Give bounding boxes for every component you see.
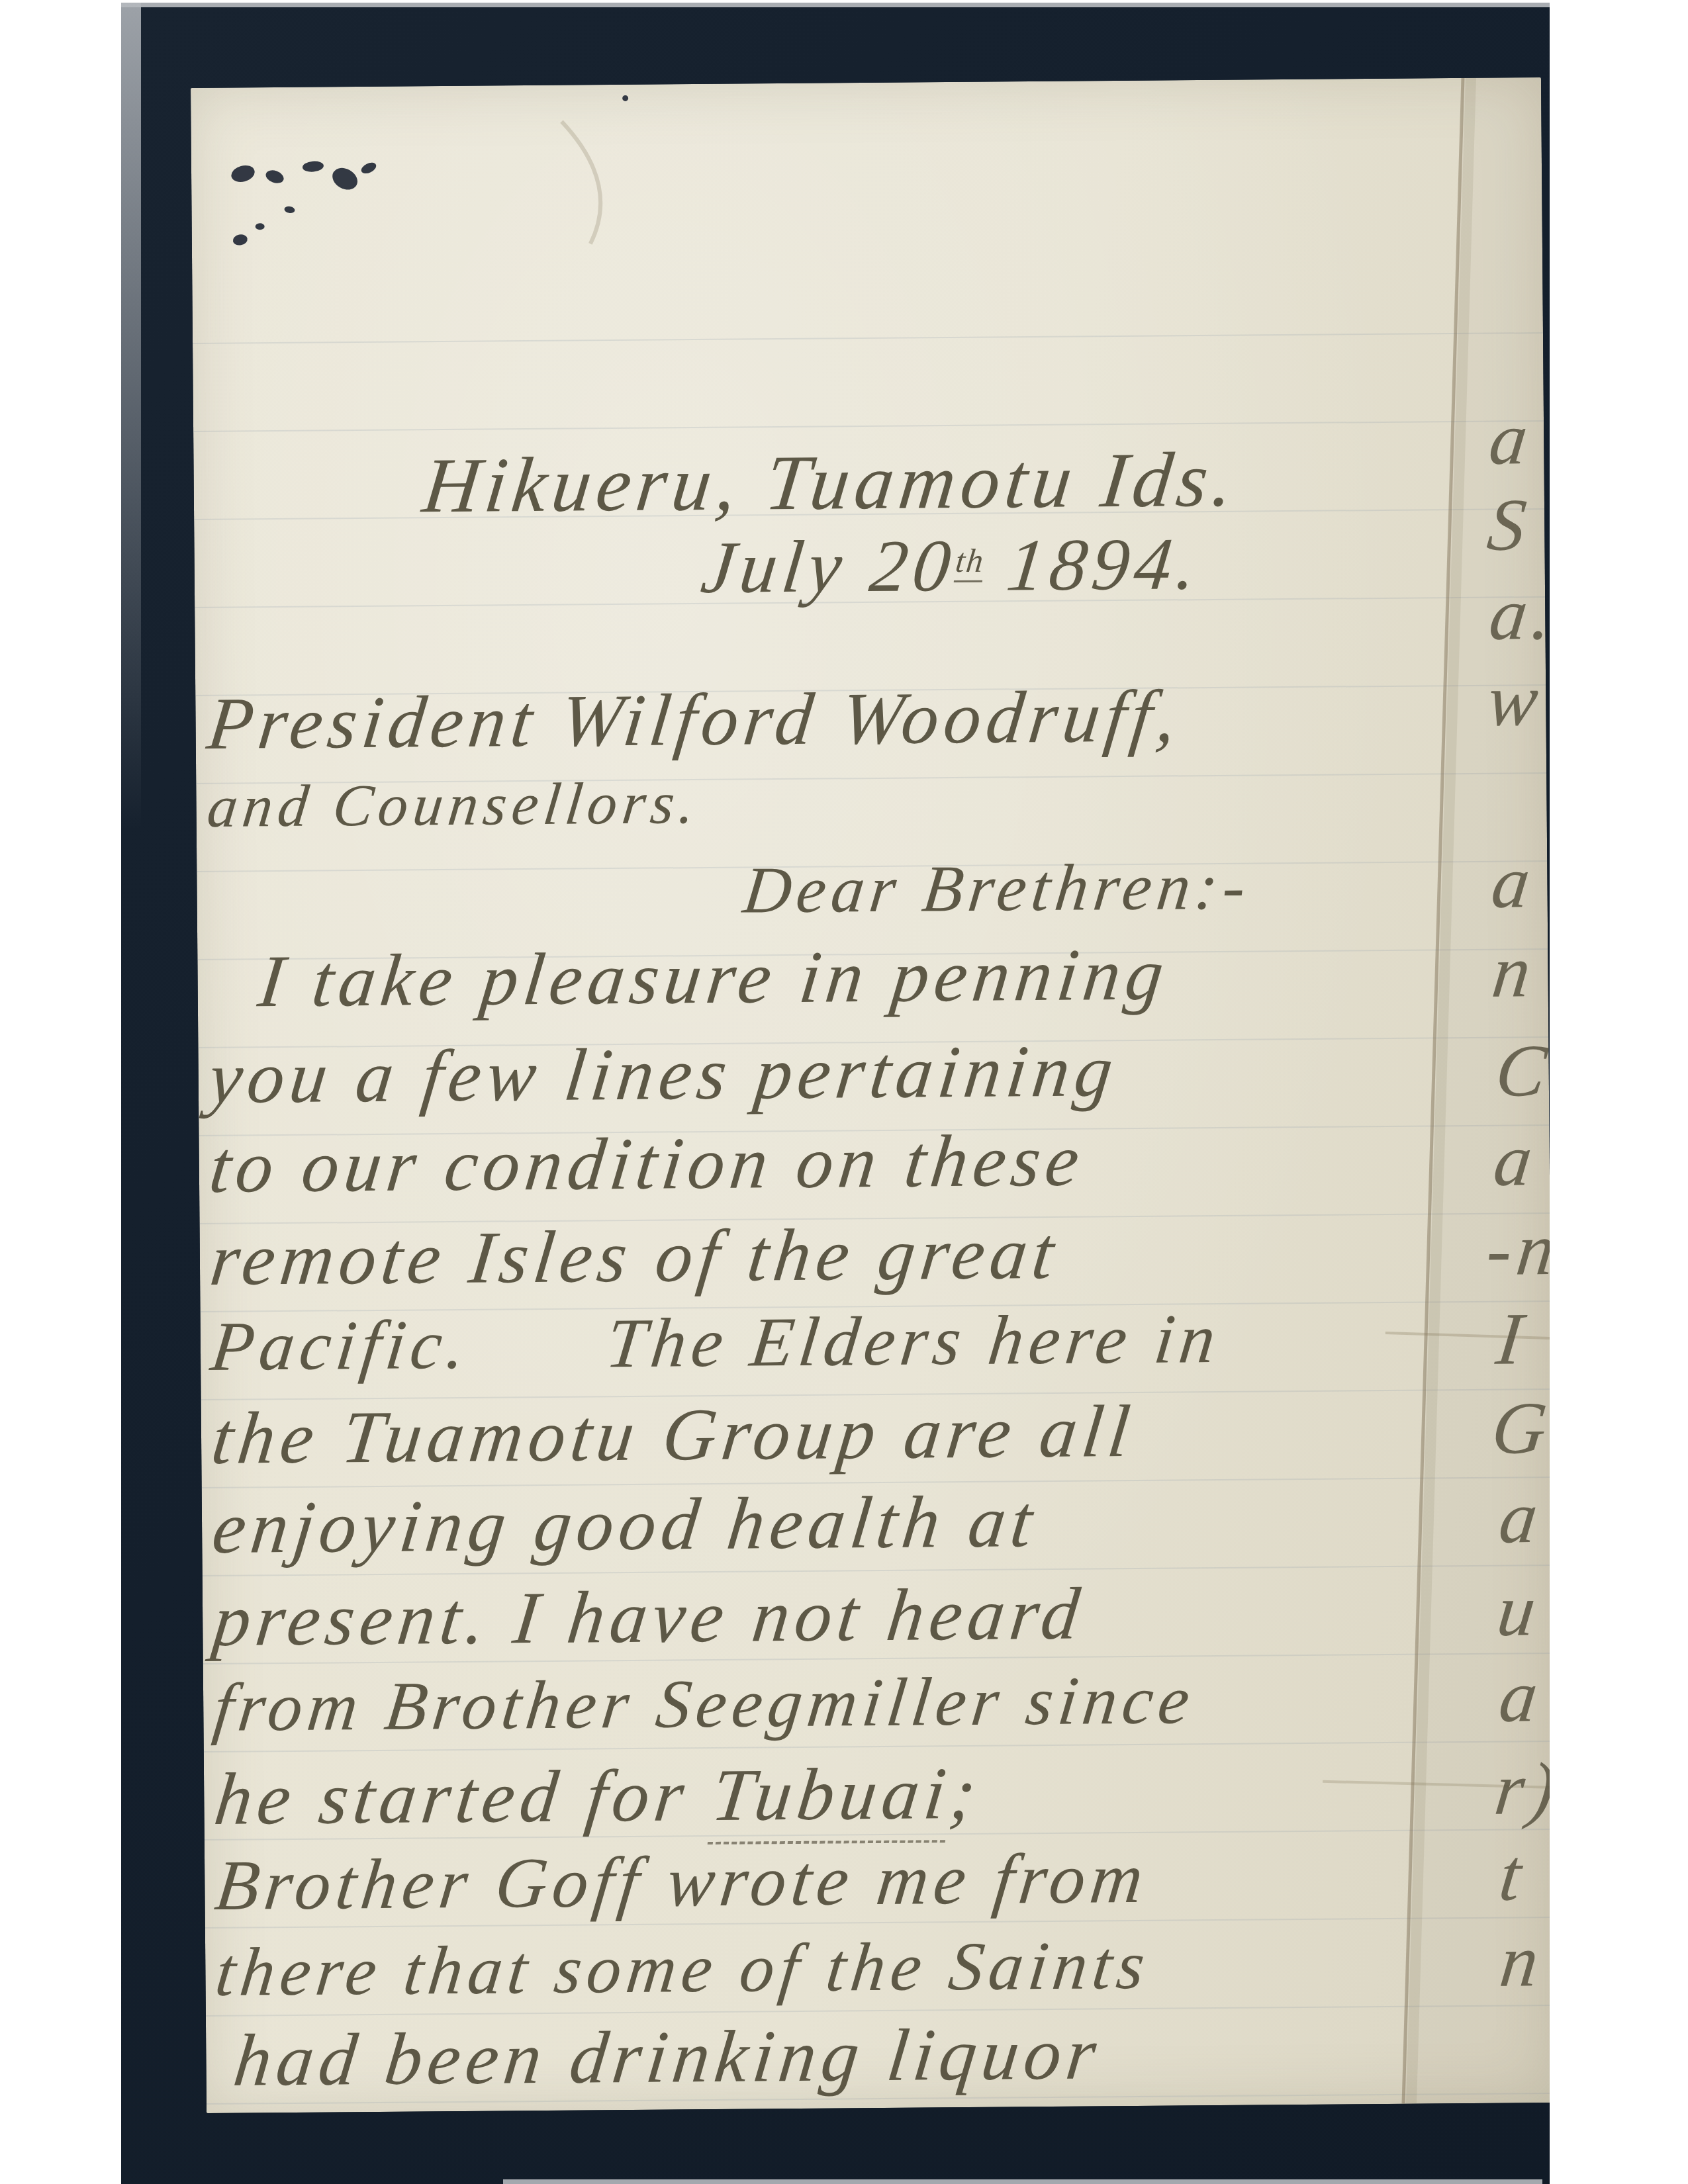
page2-fragment: a	[1490, 1123, 1541, 1198]
handwriting-line: had been drinking liquor	[230, 2017, 1105, 2097]
scan-edge-left	[121, 3, 141, 830]
page2-fragment: t	[1496, 1838, 1530, 1912]
scan-edge-bottom	[503, 2179, 1542, 2184]
page2-fragment: r)	[1491, 1752, 1550, 1827]
page2-fragment: a.	[1486, 577, 1550, 652]
handwriting-lines: Hikueru, Tuamotu Ids.July 20th 1894.Pres…	[191, 77, 1541, 88]
ink-blot	[264, 168, 285, 185]
page2-fragment: a	[1495, 1480, 1546, 1555]
handwriting-line: remote Isles of the great	[207, 1216, 1062, 1297]
handwriting-text: July 20	[697, 525, 960, 609]
page2-fragment: n	[1497, 1924, 1548, 1999]
fold-shadow	[1395, 78, 1487, 2104]
page2-fragment: a	[1486, 402, 1537, 477]
handwriting-line: Pacific. The Elders here in	[207, 1304, 1224, 1382]
fold-vertical	[1387, 78, 1479, 2104]
handwriting-line: enjoying good health at	[209, 1484, 1042, 1565]
handwriting-line: and Counsellors.	[205, 774, 703, 837]
handwriting-line: he started for Tubuai;	[211, 1756, 985, 1837]
ink-blot	[359, 160, 378, 175]
page2-fragment: -n	[1483, 1212, 1550, 1287]
ruled-lines	[191, 77, 1541, 88]
paper-wrinkle	[561, 121, 600, 244]
ink-blot	[302, 160, 324, 173]
page2-fragment: u	[1494, 1573, 1545, 1648]
ink-blot	[229, 163, 256, 185]
letter-scan-canvas: Hikueru, Tuamotu Ids.July 20th 1894.Pres…	[0, 0, 1688, 2184]
ink-blot	[256, 223, 265, 230]
page2-fragment: S	[1484, 488, 1535, 563]
handwriting-line: there that some of the Saints	[212, 1931, 1153, 2007]
page2-fragment: a	[1488, 845, 1539, 920]
handwriting-text: 1894.	[979, 523, 1205, 607]
letter-page-one: Hikueru, Tuamotu Ids.July 20th 1894.Pres…	[191, 77, 1550, 2113]
letter-photograph-mount: Hikueru, Tuamotu Ids.July 20th 1894.Pres…	[121, 3, 1550, 2184]
page2-fragment: G	[1488, 1391, 1550, 1466]
handwriting-line: from Brother Seegmiller since	[211, 1666, 1199, 1743]
ink-blot-marks	[191, 77, 1541, 88]
handwriting-line: President Wilford Woodruff,	[204, 679, 1186, 761]
page2-fragment: w	[1484, 663, 1548, 738]
handwriting-line: July 20th 1894.	[698, 527, 1205, 605]
ink-blot	[232, 234, 249, 247]
ink-blot	[328, 163, 361, 194]
rule-line	[193, 332, 1543, 344]
handwriting-line: the Tuamotu Group are all	[208, 1394, 1138, 1476]
handwriting-line: present. I have not heard	[210, 1576, 1088, 1657]
handwriting-line: you a few lines pertaining	[205, 1034, 1121, 1115]
handwriting-dashed: Tubuai	[707, 1752, 955, 1844]
handwriting-text: he started for	[211, 1754, 718, 1841]
handwriting-line: Brother Goff wrote me from	[212, 1843, 1152, 1922]
scan-edge-top	[121, 3, 1550, 7]
page-two-edge-column: aSa.wanCa-nIGauar)tn	[191, 77, 1541, 88]
handwriting-line: I take pleasure in penning	[255, 937, 1172, 1019]
handwriting-sup: th	[953, 542, 986, 582]
page2-fragment: n	[1489, 934, 1540, 1009]
rule-line	[193, 420, 1544, 432]
handwriting-line: Hikueru, Tuamotu Ids.	[419, 441, 1243, 525]
page2-fragment: I	[1493, 1302, 1531, 1376]
page2-fragment: a	[1496, 1659, 1547, 1734]
handwriting-line: to our condition on these	[206, 1123, 1088, 1204]
handwriting-line: Dear Brethren:-	[740, 853, 1254, 923]
ink-blot	[284, 206, 295, 214]
ink-blot	[622, 95, 628, 101]
page2-fragment: C	[1492, 1034, 1550, 1109]
